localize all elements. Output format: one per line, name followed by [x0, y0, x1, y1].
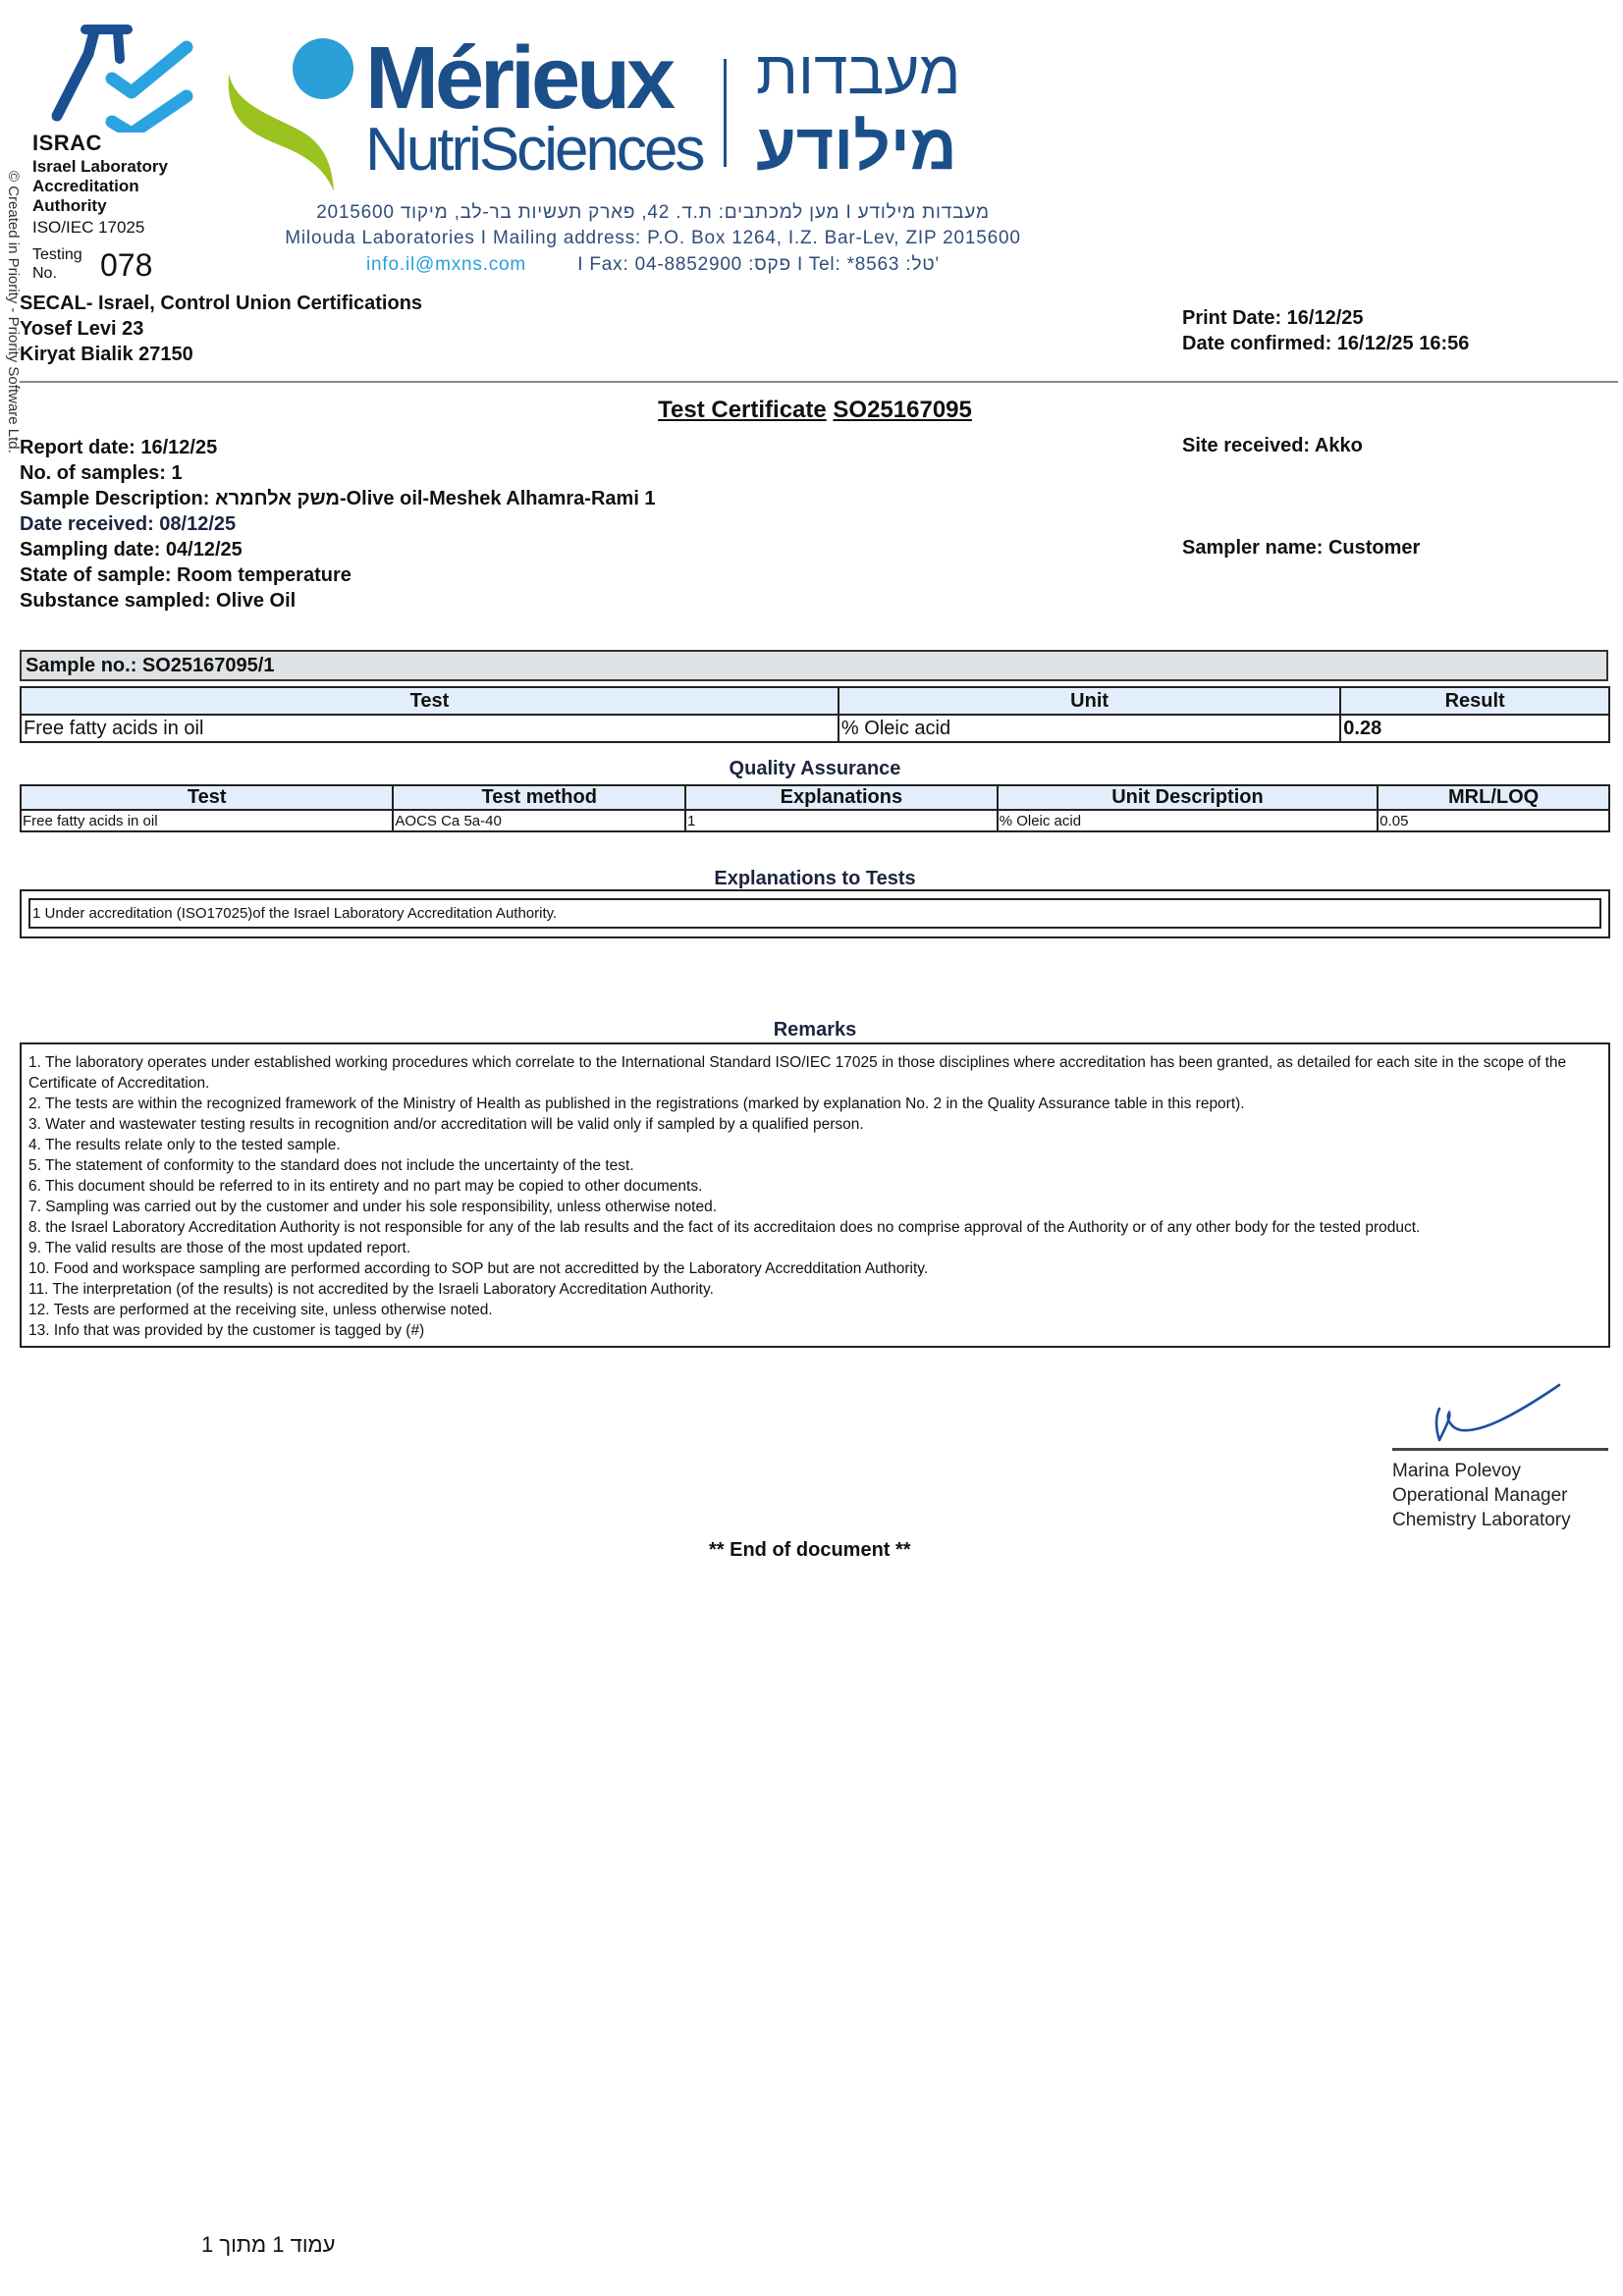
print-info: Print Date: 16/12/25 Date confirmed: 16/…	[1182, 305, 1469, 356]
lab-email-link[interactable]: info.il@mxns.com	[366, 254, 526, 275]
remark-item: 3. Water and wastewater testing results …	[28, 1114, 1600, 1135]
accreditation-subtitle-line: Accreditation	[32, 177, 168, 196]
qa-cell-mrl-loq: 0.05	[1378, 810, 1609, 831]
certificate-title: Test Certificate SO25167095	[0, 397, 1623, 424]
remark-item: 6. This document should be referred to i…	[28, 1176, 1600, 1197]
sampling-date: Sampling date: 04/12/25	[20, 537, 656, 562]
sample-description: Sample Description: משק אלחמרא-Olive oil…	[20, 486, 656, 511]
merieux-emblem-icon	[226, 29, 363, 196]
accreditation-subtitle-line: Authority	[32, 196, 168, 216]
remark-item: 8. the Israel Laboratory Accreditation A…	[28, 1217, 1600, 1238]
table-row: Free fatty acids in oil AOCS Ca 5a-40 1 …	[21, 810, 1609, 831]
remark-item: 2. The tests are within the recognized f…	[28, 1094, 1600, 1114]
report-info: Report date: 16/12/25 No. of samples: 1 …	[20, 435, 656, 614]
qa-header-explanations: Explanations	[685, 785, 998, 810]
sampler-name: Sampler name: Customer	[1182, 537, 1420, 560]
accreditation-standard: ISO/IEC 17025	[32, 218, 144, 238]
signatory-role: Operational Manager	[1392, 1483, 1618, 1508]
qa-header-method: Test method	[393, 785, 685, 810]
header-unit: Unit	[839, 687, 1340, 715]
logo-separator	[724, 59, 727, 167]
accreditation-subtitle-line: Israel Laboratory	[32, 157, 168, 177]
qa-header-test: Test	[21, 785, 393, 810]
lab-contact: info.il@mxns.com I Fax: 04-8852900 :פקס …	[236, 254, 1070, 276]
client-street: Yosef Levi 23	[20, 316, 422, 342]
remark-item: 12. Tests are performed at the receiving…	[28, 1300, 1600, 1320]
qa-header-mrl-loq: MRL/LOQ	[1378, 785, 1609, 810]
accreditation-name: ISRAC	[32, 131, 102, 156]
signatory-name: Marina Polevoy	[1392, 1459, 1618, 1483]
substance-sampled: Substance sampled: Olive Oil	[20, 588, 656, 614]
qa-cell-test: Free fatty acids in oil	[21, 810, 393, 831]
header-test: Test	[21, 687, 839, 715]
remark-item: 13. Info that was provided by the custom…	[28, 1320, 1600, 1341]
end-of-document: ** End of document **	[709, 1539, 911, 1562]
lab-address-hebrew: מעבדות מילודע I מען למכתבים: ת.ד. 42, פא…	[236, 202, 1070, 224]
table-row: Free fatty acids in oil % Oleic acid 0.2…	[21, 715, 1609, 742]
signature-block: Marina Polevoy Operational Manager Chemi…	[1392, 1379, 1618, 1532]
site-received: Site received: Akko	[1182, 435, 1363, 457]
brand-merieux: Mérieux	[365, 29, 672, 128]
qa-table: Test Test method Explanations Unit Descr…	[20, 784, 1610, 832]
qa-cell-unit-description: % Oleic acid	[998, 810, 1379, 831]
lab-phone-fax: I Fax: 04-8852900 :פקס I Tel: *8563 :טל'	[577, 254, 940, 275]
state-of-sample: State of sample: Room temperature	[20, 562, 656, 588]
qa-cell-explanations: 1	[685, 810, 998, 831]
client-address: SECAL- Israel, Control Union Certificati…	[20, 291, 422, 367]
signature-line	[1392, 1448, 1608, 1451]
page-indicator: עמוד 1 מתוך 1	[201, 2232, 335, 2258]
remark-item: 7. Sampling was carried out by the custo…	[28, 1197, 1600, 1217]
remark-item: 5. The statement of conformity to the st…	[28, 1155, 1600, 1176]
lab-address-english: Milouda Laboratories I Mailing address: …	[236, 228, 1070, 249]
brand-hebrew-bottom: מילודע	[756, 110, 957, 183]
explanations-box: 1 Under accreditation (ISO17025)of the I…	[20, 889, 1610, 938]
header-result: Result	[1340, 687, 1609, 715]
testing-label-line: Testing	[32, 245, 82, 264]
no-of-samples: No. of samples: 1	[20, 460, 656, 486]
brand-nutrisciences: NutriSciences	[365, 116, 702, 185]
signatory: Marina Polevoy Operational Manager Chemi…	[1392, 1459, 1618, 1532]
lab-logo: Mérieux NutriSciences מעבדות מילודע	[226, 29, 1011, 187]
cell-result: 0.28	[1340, 715, 1609, 742]
remark-item: 10. Food and workspace sampling are perf…	[28, 1258, 1600, 1279]
qa-cell-method: AOCS Ca 5a-40	[393, 810, 685, 831]
remark-item: 1. The laboratory operates under establi…	[28, 1052, 1600, 1094]
testing-label: Testing No.	[32, 245, 82, 283]
testing-number: 078	[100, 247, 152, 284]
signatory-department: Chemistry Laboratory	[1392, 1508, 1618, 1532]
qa-header-unit-description: Unit Description	[998, 785, 1379, 810]
testing-label-line: No.	[32, 264, 82, 283]
accreditation-logo: ISRAC Israel Laboratory Accreditation Au…	[29, 20, 206, 290]
cell-test: Free fatty acids in oil	[21, 715, 839, 742]
certificate-title-label: Test Certificate	[658, 397, 827, 423]
brand-hebrew-top: מעבדות	[756, 39, 960, 108]
client-city: Kiryat Bialik 27150	[20, 342, 422, 367]
signature-scribble-icon	[1392, 1379, 1608, 1446]
qa-header-row: Test Test method Explanations Unit Descr…	[21, 785, 1609, 810]
client-name: SECAL- Israel, Control Union Certificati…	[20, 291, 422, 316]
cell-unit: % Oleic acid	[839, 715, 1340, 742]
accreditation-subtitle: Israel Laboratory Accreditation Authorit…	[32, 157, 168, 216]
sample-number-bar: Sample no.: SO25167095/1	[20, 650, 1608, 681]
remark-item: 11. The interpretation (of the results) …	[28, 1279, 1600, 1300]
date-received: Date received: 08/12/25	[20, 511, 656, 537]
date-confirmed: Date confirmed: 16/12/25 16:56	[1182, 331, 1469, 356]
qa-title: Quality Assurance	[0, 758, 1623, 780]
explanations-title: Explanations to Tests	[0, 868, 1623, 890]
explanation-item: 1 Under accreditation (ISO17025)of the I…	[28, 898, 1601, 929]
report-date: Report date: 16/12/25	[20, 435, 656, 460]
header-divider	[20, 381, 1618, 383]
flask-check-icon	[29, 20, 206, 133]
remarks-box: 1. The laboratory operates under establi…	[20, 1042, 1610, 1348]
remark-item: 9. The valid results are those of the mo…	[28, 1238, 1600, 1258]
remarks-title: Remarks	[0, 1019, 1623, 1041]
print-date: Print Date: 16/12/25	[1182, 305, 1469, 331]
certificate-number: SO25167095	[833, 397, 971, 423]
results-table: Test Unit Result Free fatty acids in oil…	[20, 686, 1610, 743]
remark-item: 4. The results relate only to the tested…	[28, 1135, 1600, 1155]
results-header-row: Test Unit Result	[21, 687, 1609, 715]
